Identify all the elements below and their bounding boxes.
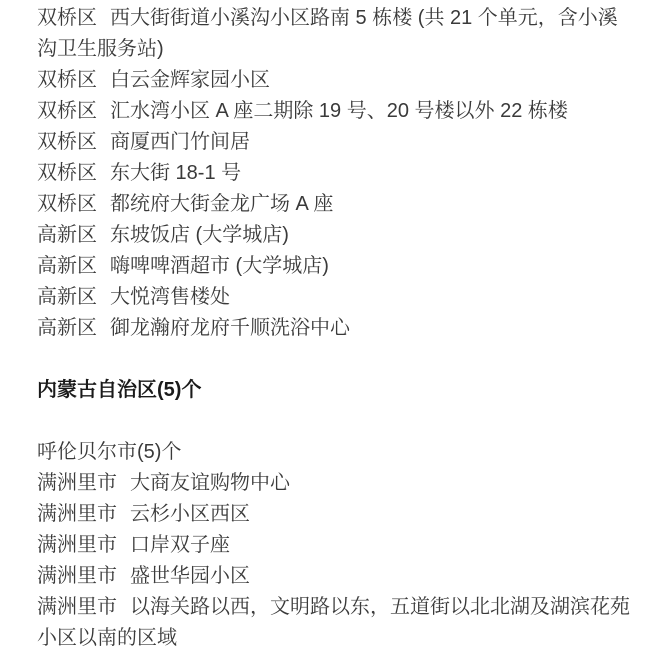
district-label: 高新区 bbox=[37, 255, 97, 277]
location-text: 商厦西门竹间居 bbox=[110, 131, 250, 153]
list-item: 满洲里市以海关路以西，文明路以东，五道街以北北湖及湖滨花苑小区以南的区域 bbox=[37, 592, 637, 654]
district-label: 双桥区 bbox=[37, 69, 97, 91]
district-label: 高新区 bbox=[37, 224, 97, 246]
district-label: 高新区 bbox=[37, 317, 97, 339]
list-item: 满洲里市盛世华园小区 bbox=[37, 561, 637, 592]
location-text: 盛世华园小区 bbox=[130, 565, 250, 587]
list-item: 满洲里市口岸双子座 bbox=[37, 530, 637, 561]
district-list-top: 双桥区西大街街道小溪沟小区路南 5 栋楼 (共 21 个单元，含小溪沟卫生服务站… bbox=[37, 3, 637, 344]
district-label: 满洲里市 bbox=[37, 472, 117, 494]
district-label: 双桥区 bbox=[37, 131, 97, 153]
list-item: 高新区嗨啤啤酒超市 (大学城店) bbox=[37, 251, 637, 282]
district-label: 高新区 bbox=[37, 286, 97, 308]
location-text: 口岸双子座 bbox=[130, 534, 230, 556]
list-item: 双桥区商厦西门竹间居 bbox=[37, 127, 637, 158]
location-text: 大悦湾售楼处 bbox=[110, 286, 230, 308]
list-item: 高新区大悦湾售楼处 bbox=[37, 282, 637, 313]
list-item: 满洲里市云杉小区西区 bbox=[37, 499, 637, 530]
district-label: 双桥区 bbox=[37, 7, 97, 29]
location-text: 西大街街道小溪沟小区路南 5 栋楼 (共 21 个单元，含小溪沟卫生服务站) bbox=[37, 7, 618, 60]
city-count-line: 呼伦贝尔市(5)个 bbox=[37, 437, 637, 468]
location-text: 汇水湾小区 A 座二期除 19 号、20 号楼以外 22 栋楼 bbox=[110, 100, 568, 122]
location-text: 御龙瀚府龙府千顺洗浴中心 bbox=[110, 317, 350, 339]
district-label: 满洲里市 bbox=[37, 596, 117, 618]
district-list-inner-mongolia: 呼伦贝尔市(5)个 满洲里市大商友谊购物中心 满洲里市云杉小区西区 满洲里市口岸… bbox=[37, 437, 637, 654]
district-label: 满洲里市 bbox=[37, 565, 117, 587]
location-text: 白云金辉家园小区 bbox=[110, 69, 270, 91]
location-text: 以海关路以西，文明路以东，五道街以北北湖及湖滨花苑小区以南的区域 bbox=[37, 596, 630, 649]
location-text: 东大街 18-1 号 bbox=[110, 162, 241, 184]
district-label: 双桥区 bbox=[37, 162, 97, 184]
province-section-heading: 内蒙古自治区(5)个 bbox=[37, 375, 637, 406]
list-item: 高新区东坡饭店 (大学城店) bbox=[37, 220, 637, 251]
district-label: 双桥区 bbox=[37, 100, 97, 122]
list-item: 双桥区东大街 18-1 号 bbox=[37, 158, 637, 189]
list-item: 满洲里市大商友谊购物中心 bbox=[37, 468, 637, 499]
list-item: 双桥区白云金辉家园小区 bbox=[37, 65, 637, 96]
list-item: 双桥区西大街街道小溪沟小区路南 5 栋楼 (共 21 个单元，含小溪沟卫生服务站… bbox=[37, 3, 637, 65]
list-item: 高新区御龙瀚府龙府千顺洗浴中心 bbox=[37, 313, 637, 344]
location-text: 东坡饭店 (大学城店) bbox=[110, 224, 289, 246]
list-item: 双桥区汇水湾小区 A 座二期除 19 号、20 号楼以外 22 栋楼 bbox=[37, 96, 637, 127]
location-text: 云杉小区西区 bbox=[130, 503, 250, 525]
location-text: 大商友谊购物中心 bbox=[130, 472, 290, 494]
location-text: 嗨啤啤酒超市 (大学城店) bbox=[110, 255, 329, 277]
location-text: 都统府大街金龙广场 A 座 bbox=[110, 193, 333, 215]
document-page: 双桥区西大街街道小溪沟小区路南 5 栋楼 (共 21 个单元，含小溪沟卫生服务站… bbox=[0, 0, 654, 654]
district-label: 满洲里市 bbox=[37, 503, 117, 525]
list-item: 双桥区都统府大街金龙广场 A 座 bbox=[37, 189, 637, 220]
district-label: 满洲里市 bbox=[37, 534, 117, 556]
district-label: 双桥区 bbox=[37, 193, 97, 215]
